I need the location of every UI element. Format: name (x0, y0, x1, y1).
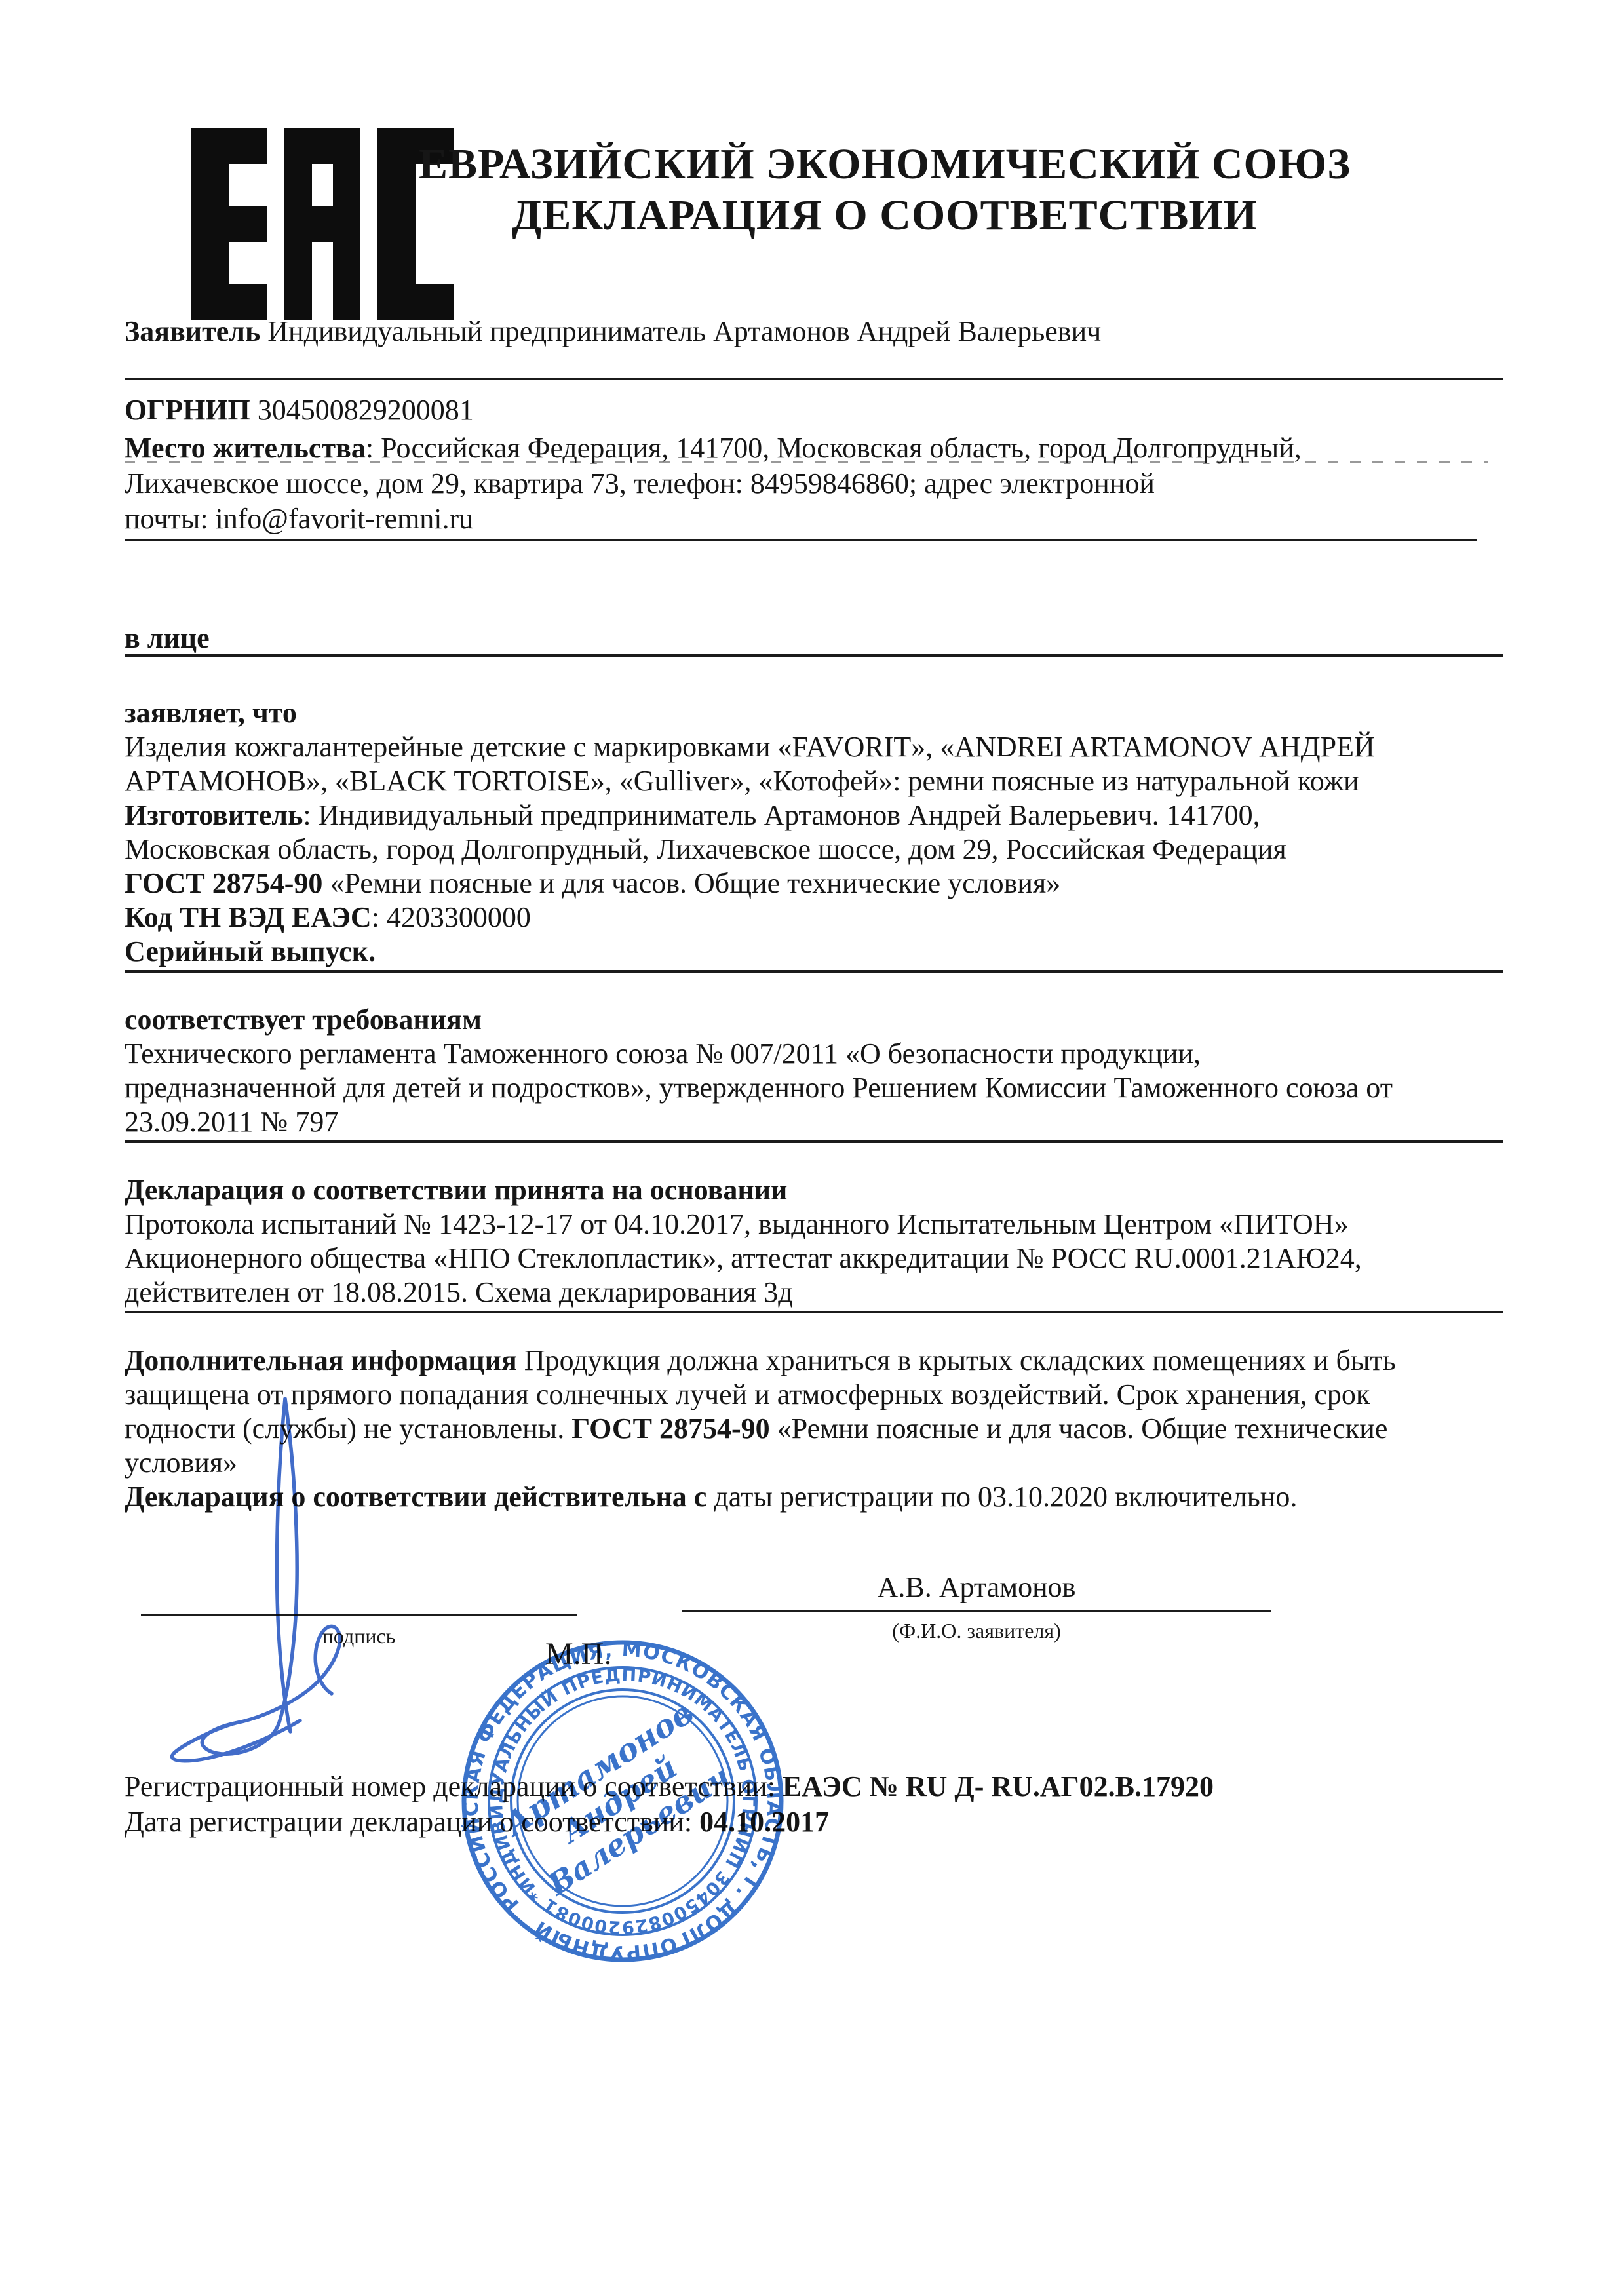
conformity-label: соответствует требованиям (125, 1003, 482, 1037)
serial-release-line: Серийный выпуск. (125, 935, 376, 969)
section-divider (125, 970, 1503, 973)
additional-line-1: Дополнительная информация Продукция долж… (125, 1344, 1396, 1378)
conformity-line-3: 23.09.2011 № 797 (125, 1105, 338, 1139)
ogrnip-label: ОГРНИП (125, 394, 250, 426)
additional-text-3b: «Ремни поясные и для часов. Общие технич… (770, 1412, 1388, 1445)
manufacturer-label: Изготовитель (125, 799, 303, 831)
declaration-title: ДЕКЛАРАЦИЯ О СООТВЕТСТВИИ (367, 190, 1402, 241)
conformity-line-2: предназначенной для детей и подростков»,… (125, 1071, 1393, 1105)
ogrnip-line: ОГРНИП 304500829200081 (125, 393, 474, 427)
applicant-line: Заявитель Индивидуальный предприниматель… (125, 315, 1101, 349)
manufacturer-line-2: Московская область, город Долгопрудный, … (125, 832, 1286, 866)
applicant-label: Заявитель (125, 315, 260, 347)
tnved-code: : 4203300000 (372, 901, 531, 933)
scan-artifact-dotted-line (125, 461, 1488, 463)
additional-text-1: Продукция должна храниться в крытых скла… (517, 1344, 1396, 1376)
manufacturer-line-1: Изготовитель: Индивидуальный предпринима… (125, 798, 1260, 832)
gost-text: «Ремни поясные и для часов. Общие технич… (322, 867, 1060, 899)
union-title: ЕВРАЗИЙСКИЙ ЭКОНОМИЧЕСКИЙ СОЮЗ (367, 139, 1402, 190)
round-stamp-graphic: РОССИЙСКАЯ ФЕДЕРАЦИЯ, МОСКОВСКАЯ ОБЛАСТЬ… (459, 1637, 786, 1965)
residence-line-1: Место жительства: Российская Федерация, … (125, 431, 1302, 465)
gost-line: ГОСТ 28754-90 «Ремни поясные и для часов… (125, 866, 1060, 901)
conformity-line-1: Технического регламента Таможенного союз… (125, 1037, 1201, 1071)
basis-line-2: Акционерного общества «НПО Стеклопластик… (125, 1241, 1362, 1275)
signer-name: А.В. Артамонов (682, 1570, 1271, 1604)
tnved-label: Код ТН ВЭД ЕАЭС (125, 901, 372, 933)
product-line-1: Изделия кожгалантерейные детские с марки… (125, 730, 1375, 764)
section-divider (125, 1140, 1503, 1143)
residence-line-3: почты: info@favorit-remni.ru (125, 502, 473, 536)
additional-gost-label: ГОСТ 28754-90 (571, 1412, 769, 1445)
basis-line-3: действителен от 18.08.2015. Схема деклар… (125, 1275, 793, 1310)
ogrnip-value: 304500829200081 (250, 394, 474, 426)
gost-label: ГОСТ 28754-90 (125, 867, 322, 899)
handwritten-signature-strokes (151, 1390, 413, 1770)
residence-value-1: : Российская Федерация, 141700, Московск… (366, 432, 1302, 464)
basis-line-1: Протокола испытаний № 1423-12-17 от 04.1… (125, 1207, 1349, 1241)
section-divider (125, 378, 1503, 380)
signer-name-line (682, 1610, 1271, 1612)
section-divider (125, 1311, 1503, 1313)
registration-number-value: ЕАЭС № RU Д- RU.АГ02.В.17920 (783, 1770, 1214, 1802)
product-line-2: АРТАМОНОВ», «BLACK TORTOISE», «Gulliver»… (125, 764, 1359, 798)
validity-value: даты регистрации по 03.10.2020 включител… (706, 1481, 1297, 1513)
handwritten-signature (151, 1390, 413, 1770)
in-person-label: в лице (125, 621, 210, 655)
declares-label: заявляет, что (125, 696, 297, 730)
residence-label: Место жительства (125, 432, 366, 464)
declaration-document: { "header": { "logo_name": "eac-mark", "… (0, 0, 1624, 2294)
additional-label: Дополнительная информация (125, 1344, 517, 1376)
section-divider (125, 539, 1477, 541)
applicant-value: Индивидуальный предприниматель Артамонов… (260, 315, 1101, 347)
round-stamp: РОССИЙСКАЯ ФЕДЕРАЦИЯ, МОСКОВСКАЯ ОБЛАСТЬ… (459, 1637, 786, 1965)
document-header: ЕВРАЗИЙСКИЙ ЭКОНОМИЧЕСКИЙ СОЮЗ ДЕКЛАРАЦИ… (367, 139, 1402, 241)
residence-line-2: Лихачевское шоссе, дом 29, квартира 73, … (125, 467, 1155, 501)
section-divider (125, 654, 1503, 657)
manufacturer-value: : Индивидуальный предприниматель Артамон… (303, 799, 1260, 831)
tnved-line: Код ТН ВЭД ЕАЭС: 4203300000 (125, 901, 531, 935)
basis-label: Декларация о соответствии принята на осн… (125, 1173, 787, 1207)
